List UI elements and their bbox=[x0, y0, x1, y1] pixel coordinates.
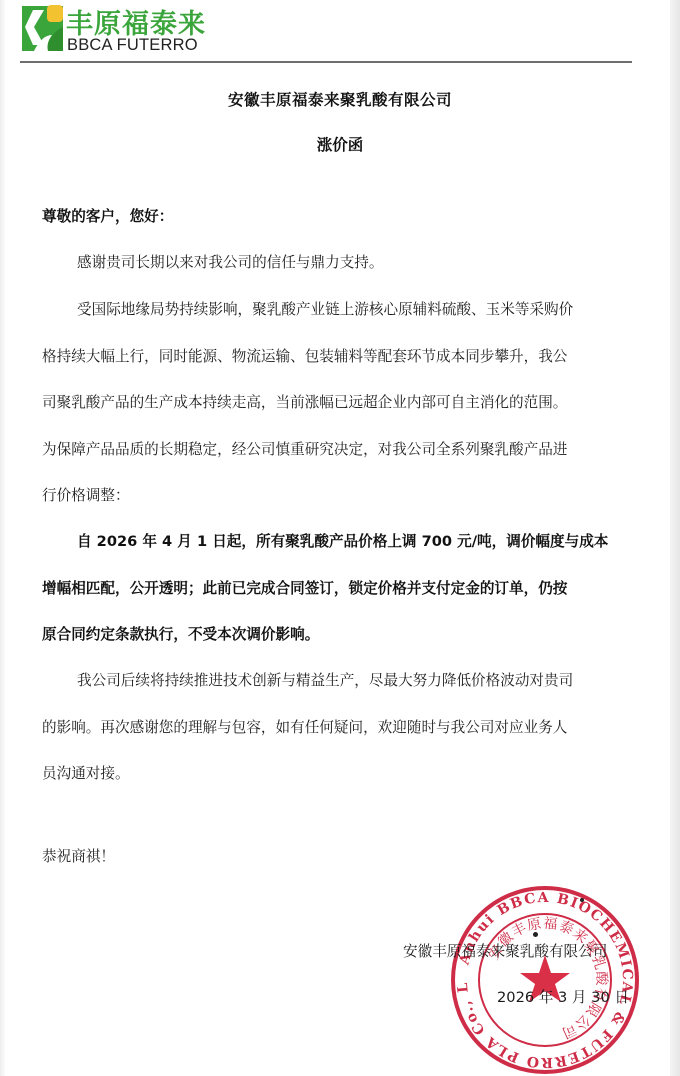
document-title: 涨价函 bbox=[0, 133, 680, 155]
logo-mark-icon bbox=[22, 5, 63, 51]
company-logo: 丰原福泰来 BBCA FUTERRO bbox=[22, 4, 322, 54]
page-edge-left bbox=[0, 0, 6, 1076]
signature-company: 安徽丰原福泰来聚乳酸有限公司 bbox=[403, 940, 607, 961]
logo-english-text: BBCA FUTERRO bbox=[67, 36, 198, 55]
scan-speck bbox=[580, 898, 584, 902]
salutation: 尊敬的客户，您好： bbox=[42, 205, 173, 226]
paragraph-line: 自 2026 年 4 月 1 日起，所有聚乳酸产品价格上调 700 元/吨，调价… bbox=[77, 530, 608, 551]
paragraph-line: 司聚乳酸产品的生产成本持续走高，当前涨幅已远超企业内部可自主消化的范围。 bbox=[42, 391, 567, 412]
paragraph-line: 为保障产品品质的长期稳定，经公司慎重研究决定，对我公司全系列聚乳酸产品进 bbox=[42, 438, 567, 459]
closing-greeting: 恭祝商祺！ bbox=[42, 845, 115, 866]
paragraph-line: 的影响。再次感谢您的理解与包容，如有任何疑问，欢迎随时与我公司对应业务人 bbox=[42, 716, 567, 737]
header-divider bbox=[20, 61, 632, 63]
paragraph-line: 格持续大幅上行，同时能源、物流运输、包装辅料等配套环节成本同步攀升，我公 bbox=[42, 345, 567, 366]
company-title: 安徽丰原福泰来聚乳酸有限公司 bbox=[0, 88, 680, 110]
paragraph-line: 原合同约定条款执行，不受本次调价影响。 bbox=[42, 623, 319, 644]
signature-date: 2026 年 3 月 30 日 bbox=[497, 986, 629, 1007]
paragraph-line: 受国际地缘局势持续影响，聚乳酸产业链上游核心原辅料硫酸、玉米等采购价 bbox=[77, 298, 573, 319]
paragraph-line: 我公司后续将持续推进技术创新与精益生产，尽最大努力降低价格波动对贵司 bbox=[77, 669, 573, 690]
scan-speck bbox=[533, 932, 538, 937]
paragraph-line: 行价格调整： bbox=[42, 484, 130, 505]
paragraph-line: 增幅相匹配，公开透明；此前已完成合同签订，锁定价格并支付定金的订单，仍按 bbox=[42, 577, 567, 598]
paragraph-line: 员沟通对接。 bbox=[42, 762, 130, 783]
company-seal-icon: Anhui BBCA BIOCHEMICAL & FUTERRO PLA Co.… bbox=[450, 885, 640, 1075]
paragraph-thanks: 感谢贵司长期以来对我公司的信任与鼎力支持。 bbox=[77, 251, 383, 272]
page-edge-right bbox=[670, 0, 680, 1076]
